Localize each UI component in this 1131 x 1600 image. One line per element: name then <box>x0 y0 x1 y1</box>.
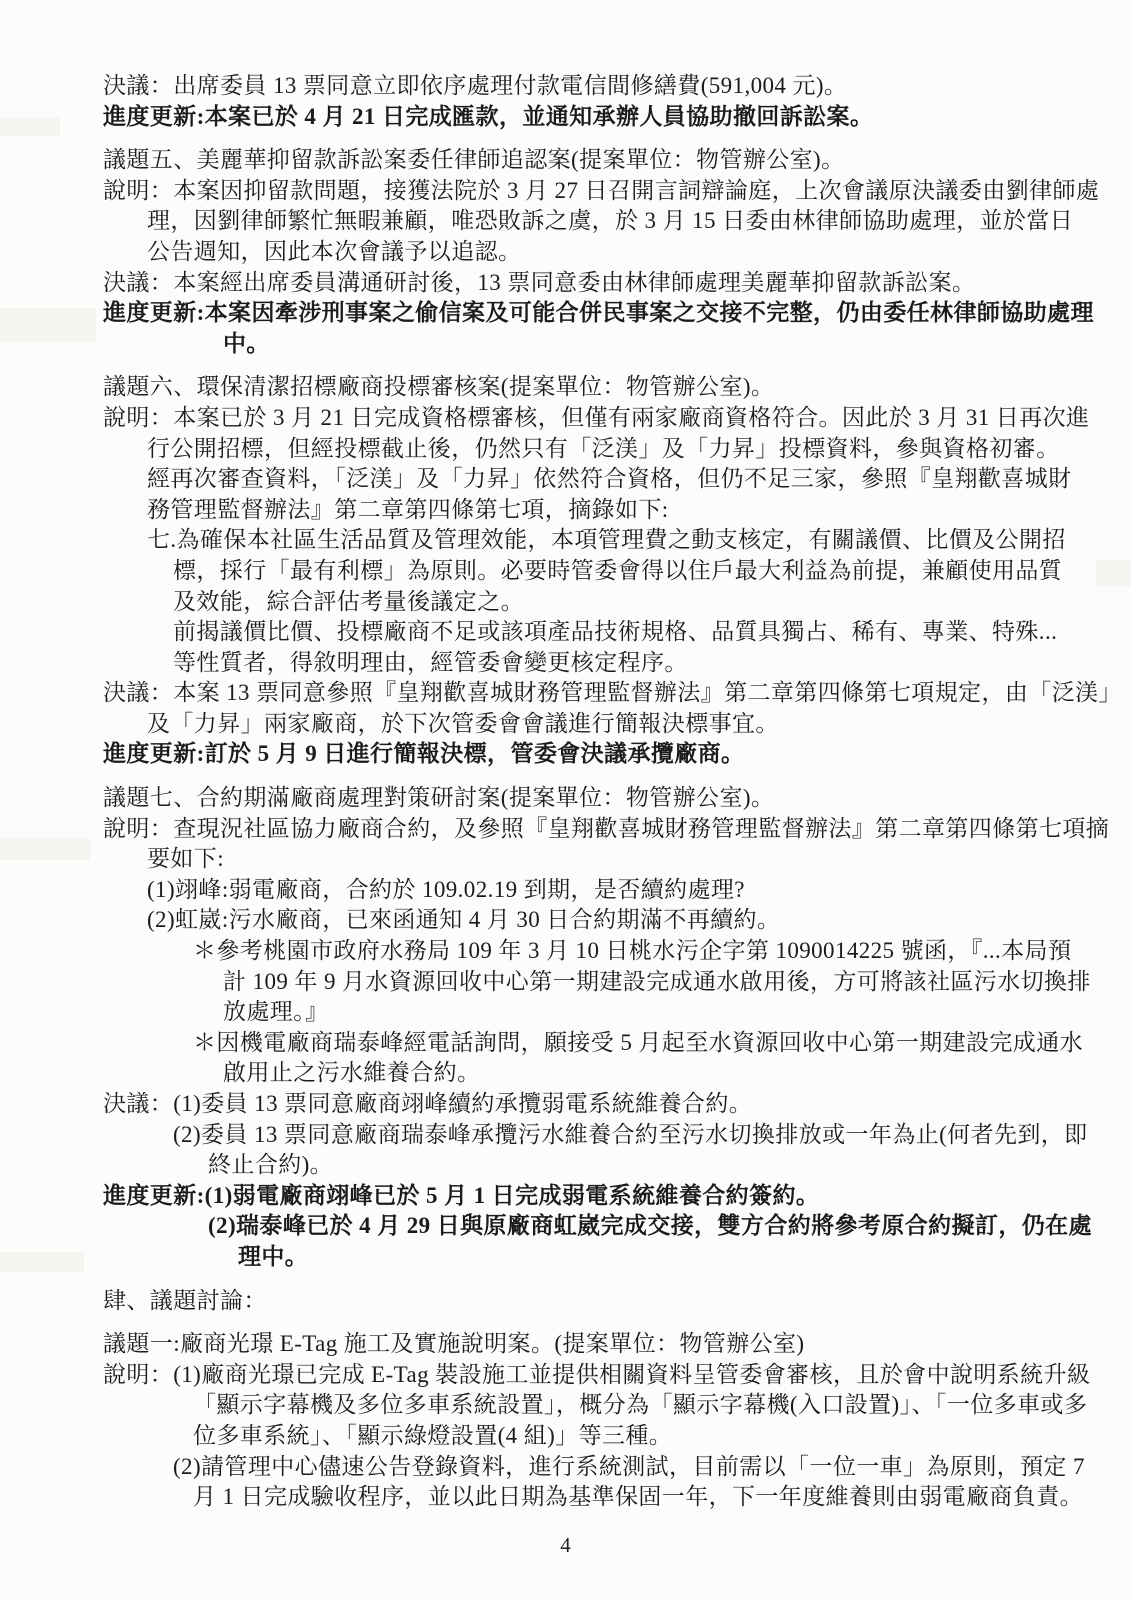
note-line: 啟用止之污水維養合約。 <box>103 1058 1103 1089</box>
clause-line: 標，採行「最有利標」為原則。必要時管委會得以住戶最大利益為前提，兼顧使用品質 <box>103 556 1103 587</box>
note-line: ＊因機電廠商瑞泰峰經電話詢問，願接受 5 月起至水資源回收中心第一期建設完成通水 <box>103 1028 1103 1059</box>
resolution-line: 及「力昇」兩家廠商，於下次管委會會議進行簡報決標事宜。 <box>103 709 1103 740</box>
clause-note-line: 前揭議價比價、投標廠商不足或該項產品技術規格、品質具獨占、稀有、專業、特殊... <box>103 617 1103 648</box>
progress-update-line: 進度更新:本案因牽涉刑事案之偷信案及可能合併民事案之交接不完整，仍由委任林律師協… <box>103 298 1103 329</box>
issue6-title: 議題六、環保清潔招標廠商投標審核案(提案單位：物管辦公室)。 <box>103 372 1103 403</box>
description-line: 位多車系統」、「顯示綠燈設置(4 組)」等三種。 <box>103 1421 1103 1452</box>
note-line: 計 109 年 9 月水資源回收中心第一期建設完成通水啟用後，方可將該社區污水切… <box>103 967 1103 998</box>
description-line: 務管理監督辦法』第二章第四條第七項，摘錄如下: <box>103 495 1103 526</box>
progress-update-line: 進度更新:本案已於 4 月 21 日完成匯款，並通知承辦人員協助撤回訴訟案。 <box>103 102 1103 133</box>
note-line: ＊參考桃園市政府水務局 109 年 3 月 10 日桃水污企字第 1090014… <box>103 936 1103 967</box>
page-number: 4 <box>0 1533 1131 1558</box>
scanned-meeting-minutes-page: 決議：出席委員 13 票同意立即依序處理付款電信間修繕費(591,004 元)。… <box>0 0 1131 1600</box>
description-line: 「顯示字幕機及多位多車系統設置」，概分為「顯示字幕機(入口設置)」、「一位多車或… <box>103 1390 1103 1421</box>
scan-artifact <box>0 118 60 136</box>
clause-note-line: 等性質者，得敘明理由，經管委會變更核定程序。 <box>103 648 1103 679</box>
description-line: 公告週知，因此本次會議予以追認。 <box>103 237 1103 268</box>
discussion-issue1-title: 議題一:廠商光璟 E-Tag 施工及實施說明案。(提案單位：物管辦公室) <box>103 1329 1103 1360</box>
description-line: 說明：本案因抑留款問題，接獲法院於 3 月 27 日召開言詞辯論庭，上次會議原決… <box>103 176 1103 207</box>
resolution-line: 決議：出席委員 13 票同意立即依序處理付款電信間修繕費(591,004 元)。 <box>103 71 1103 102</box>
description-line: 行公開招標，但經投標截止後，仍然只有「泛渼」及「力昇」投標資料，參與資格初審。 <box>103 434 1103 465</box>
list-item: (2)虹崴:污水廠商，已來函通知 4 月 30 日合約期滿不再續約。 <box>103 905 1103 936</box>
scan-artifact <box>0 1252 84 1272</box>
description-line: 說明：(1)廠商光璟已完成 E-Tag 裝設施工並提供相關資料呈管委會審核，且於… <box>103 1360 1103 1391</box>
note-line: 放處理。』 <box>103 997 1103 1028</box>
document-body: 決議：出席委員 13 票同意立即依序處理付款電信間修繕費(591,004 元)。… <box>103 71 1103 1513</box>
progress-update-line: 理中。 <box>103 1242 1103 1273</box>
description-line: 理，因劉律師繁忙無暇兼顧，唯恐敗訴之虞，於 3 月 15 日委由林律師協助處理，… <box>103 206 1103 237</box>
description-line: 說明：查現況社區協力廠商合約，及參照『皇翔歡喜城財務管理監督辦法』第二章第四條第… <box>103 814 1103 845</box>
list-item: (1)翊峰:弱電廠商，合約於 109.02.19 到期，是否續約處理? <box>103 875 1103 906</box>
resolution-line: 終止合約)。 <box>103 1150 1103 1181</box>
resolution-line: 決議：(1)委員 13 票同意廠商翊峰續約承攬弱電系統維養合約。 <box>103 1089 1103 1120</box>
clause-line: 七.為確保本社區生活品質及管理效能，本項管理費之動支核定，有關議價、比價及公開招 <box>103 525 1103 556</box>
scan-artifact <box>0 838 90 860</box>
description-line: 經再次審查資料，「泛渼」及「力昇」依然符合資格，但仍不足三家，參照『皇翔歡喜城財 <box>103 464 1103 495</box>
resolution-line: 決議：本案經出席委員溝通研討後，13 票同意委由林律師處理美麗華抑留款訴訟案。 <box>103 268 1103 299</box>
clause-line: 及效能，綜合評估考量後議定之。 <box>103 587 1103 618</box>
resolution-line: 決議：本案 13 票同意參照『皇翔歡喜城財務管理監督辦法』第二章第四條第七項規定… <box>103 678 1103 709</box>
issue5-title: 議題五、美麗華抑留款訴訟案委任律師追認案(提案單位：物管辦公室)。 <box>103 145 1103 176</box>
description-line: (2)請管理中心儘速公告登錄資料，進行系統測試，目前需以「一位一車」為原則，預定… <box>103 1452 1103 1483</box>
section-heading: 肆、議題討論： <box>103 1286 1103 1317</box>
description-line: 月 1 日完成驗收程序，並以此日期為基準保固一年，下一年度維養則由弱電廠商負責。 <box>103 1482 1103 1513</box>
progress-update-line: 中。 <box>103 329 1103 360</box>
progress-update-line: 進度更新:(1)弱電廠商翊峰已於 5 月 1 日完成弱電系統維養合約簽約。 <box>103 1181 1103 1212</box>
progress-update-line: 進度更新:訂於 5 月 9 日進行簡報決標，管委會決議承攬廠商。 <box>103 739 1103 770</box>
resolution-line: (2)委員 13 票同意廠商瑞泰峰承攬污水維養合約至污水切換排放或一年為止(何者… <box>103 1120 1103 1151</box>
scan-artifact <box>0 308 96 342</box>
description-line: 要如下: <box>103 844 1103 875</box>
description-line: 說明：本案已於 3 月 21 日完成資格標審核，但僅有兩家廠商資格符合。因此於 … <box>103 403 1103 434</box>
issue7-title: 議題七、合約期滿廠商處理對策研討案(提案單位：物管辦公室)。 <box>103 783 1103 814</box>
progress-update-line: (2)瑞泰峰已於 4 月 29 日與原廠商虹崴完成交接，雙方合約將參考原合約擬訂… <box>103 1211 1103 1242</box>
